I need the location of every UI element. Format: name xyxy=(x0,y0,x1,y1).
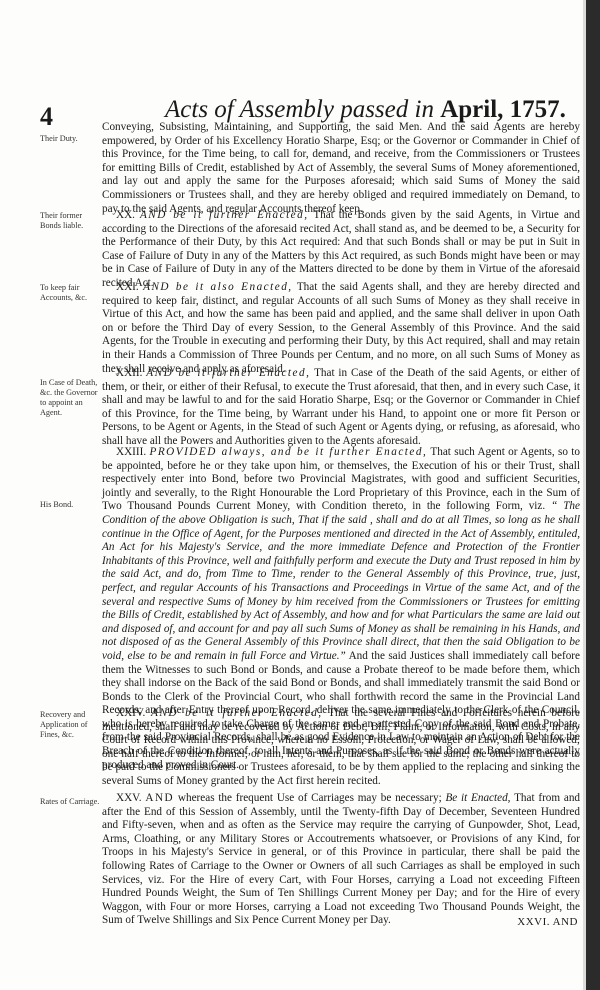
side-note-former-bonds: Their former Bonds liable. xyxy=(40,211,102,231)
section-numeral: XXII. xyxy=(116,367,142,379)
page-edge-scan-border xyxy=(586,0,600,990)
section-text: That the said Agents shall, and they are… xyxy=(102,281,580,375)
side-note-rates-carriage: Rates of Carriage. xyxy=(40,797,102,807)
section-numeral: XXI. xyxy=(116,281,139,293)
side-note-fair-accounts: To keep fair Accounts, &c. xyxy=(40,283,102,303)
section-text: That from and after the End of this Sess… xyxy=(102,792,580,926)
enacting-clause: AND be it further Enacted, xyxy=(151,707,323,719)
section-xxii: XXII. AND be it further Enacted, That in… xyxy=(102,367,580,449)
section-numeral: XXV. xyxy=(116,792,142,804)
catchword: XXVI. AND xyxy=(517,916,578,928)
section-numeral: XXIV. xyxy=(116,707,145,719)
section-text: Conveying, Subsisting, Maintaining, and … xyxy=(102,121,580,216)
enacting-clause: AND be it further Enacted, xyxy=(140,209,309,221)
enacting-clause: AND be it further Enacted, xyxy=(146,367,310,379)
section-numeral: XX. xyxy=(116,209,135,221)
section-numeral: XXIII. xyxy=(116,446,146,458)
enacting-clause: Be it Enacted, xyxy=(445,792,510,804)
section-continuation: Conveying, Subsisting, Maintaining, and … xyxy=(102,121,580,216)
bond-condition-quote: “ The Condition of the above Obligation … xyxy=(102,500,580,662)
side-note-their-duty: Their Duty. xyxy=(40,134,102,144)
section-preamble: whereas the frequent Use of Carriages ma… xyxy=(178,792,442,804)
running-head-italic: Acts of Assembly passed in xyxy=(165,96,434,123)
section-xxiv: XXIV. AND be it further Enacted, That th… xyxy=(102,707,580,789)
enacting-word: AND xyxy=(145,792,174,804)
section-xxv: XXV. AND whereas the frequent Use of Car… xyxy=(102,792,580,928)
running-head: Acts of Assembly passed in April, 1757. xyxy=(165,96,566,124)
section-xxi: XXI. AND be it also Enacted, That the sa… xyxy=(102,281,580,376)
page-number: 4 xyxy=(40,102,53,132)
side-note-death-governor: In Case of Death, &c. the Governor to ap… xyxy=(40,378,102,418)
section-xx: XX. AND be it further Enacted, That the … xyxy=(102,209,580,291)
enacting-clause: PROVIDED always, and be it further Enact… xyxy=(149,446,427,458)
side-note-recovery-fines: Recovery and Application of Fines, &c. xyxy=(40,710,102,740)
side-note-his-bond: His Bond. xyxy=(40,500,102,510)
enacting-clause: AND be it also Enacted, xyxy=(143,281,292,293)
running-head-date: April, 1757. xyxy=(440,96,566,123)
